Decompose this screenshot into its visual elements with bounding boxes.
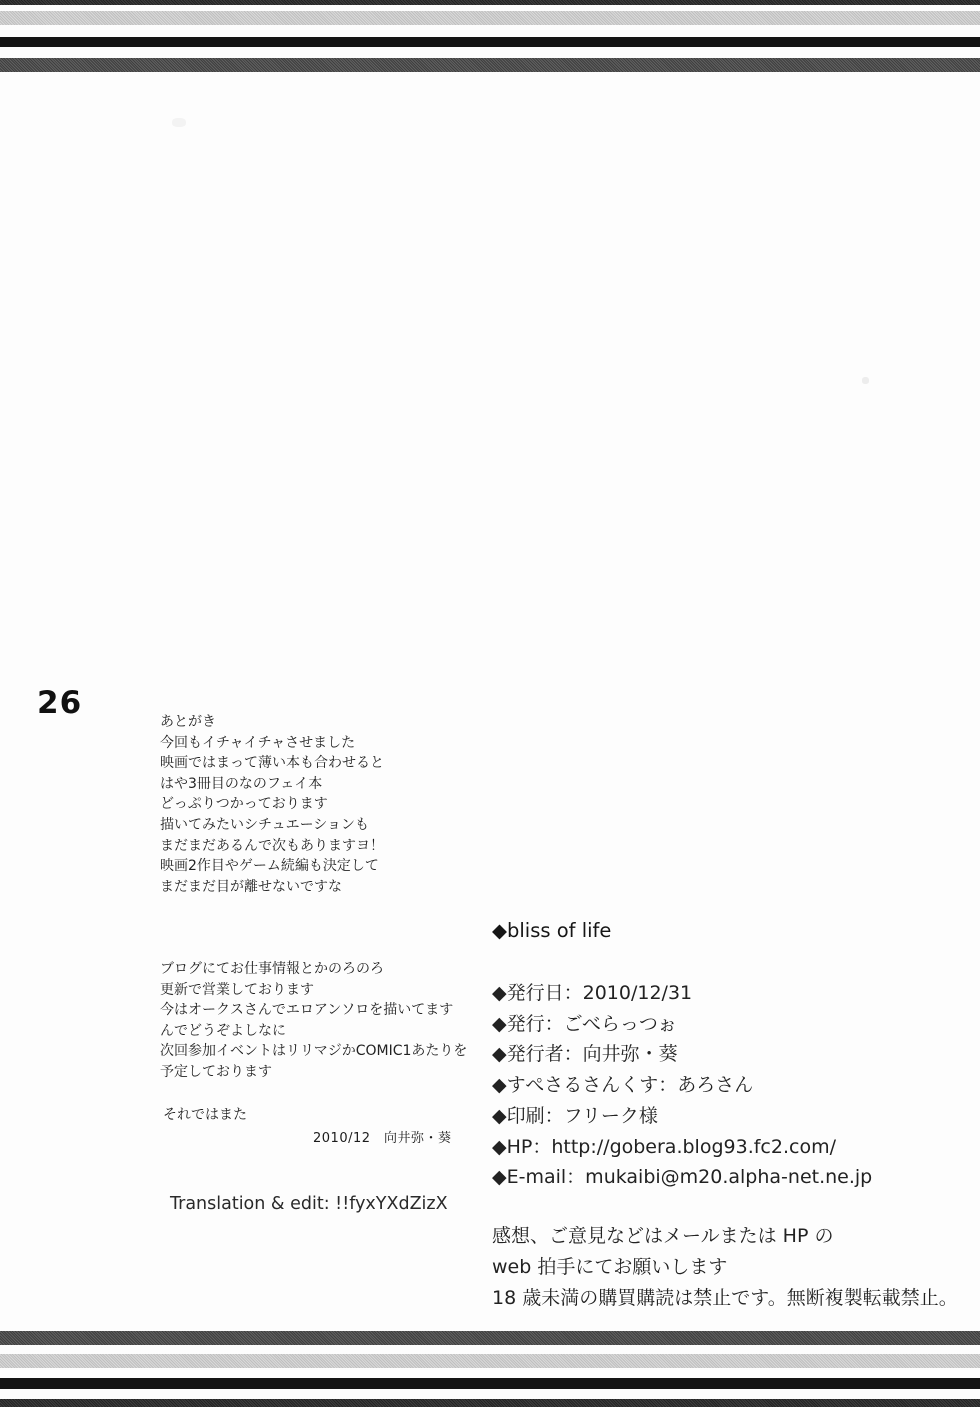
news-line: ブログにてお仕事情報とかのろのろ (160, 959, 467, 980)
credits-list: ◆発行日：2010/12/31 ◆発行：ごべらっつぉ ◆発行者：向井弥・葵 ◆す… (492, 978, 872, 1193)
scan-speck (172, 118, 186, 127)
top-border-dark-stripe (0, 58, 980, 72)
afterword-line: あとがき (160, 712, 384, 733)
footer-notice-line: 感想、ご意見などはメールまたは HP の (492, 1221, 958, 1252)
credit-printer: ◆印刷：フリーク様 (492, 1101, 872, 1132)
afterword-line: はや3冊目のなのフェイ本 (160, 774, 384, 795)
book-title: ◆bliss of life (492, 919, 611, 942)
bottom-border-light-stripe (0, 1354, 980, 1368)
afterword-line: 描いてみたいシチュエーションも (160, 815, 384, 836)
page-number: 26 (37, 685, 82, 721)
credit-email: ◆E-mail：mukaibi@m20.alpha-net.ne.jp (492, 1162, 872, 1193)
news-line: 更新で営業しております (160, 980, 467, 1001)
closing-line: それではまた (163, 1104, 247, 1124)
afterword-line: 映画ではまって薄い本も合わせると (160, 753, 384, 774)
credit-homepage-url: ◆HP：http://gobera.blog93.fc2.com/ (492, 1132, 872, 1163)
afterword-line: どっぷりつかっております (160, 794, 384, 815)
credit-circle: ◆発行：ごべらっつぉ (492, 1009, 872, 1040)
credit-special-thanks: ◆すぺさるさんくす：あろさん (492, 1070, 872, 1101)
news-text-block: ブログにてお仕事情報とかのろのろ 更新で営業しております 今はオークスさんでエロ… (160, 959, 467, 1083)
scan-speck (862, 377, 869, 384)
scanned-afterword-page: 26 あとがき 今回もイチャイチャさせました 映画ではまって薄い本も合わせると … (0, 0, 980, 1407)
bottom-border-black-stripe (0, 1378, 980, 1389)
translation-credit: Translation & edit: !!fyxYXdZizX (170, 1194, 448, 1214)
footer-notice: 感想、ご意見などはメールまたは HP の web 拍手にてお願いします 18 歳… (492, 1221, 958, 1314)
top-border-edge-stripe (0, 0, 980, 5)
top-border-light-stripe (0, 11, 980, 25)
news-line: んでどうぞよしなに (160, 1021, 467, 1042)
news-line: 今はオークスさんでエロアンソロを描いてます (160, 1000, 467, 1021)
credit-publish-date: ◆発行日：2010/12/31 (492, 978, 872, 1009)
bottom-border-dark-stripe (0, 1331, 980, 1345)
afterword-text-block: あとがき 今回もイチャイチャさせました 映画ではまって薄い本も合わせると はや3… (160, 712, 384, 897)
bottom-border-edge-stripe (0, 1399, 980, 1407)
top-border-black-stripe (0, 37, 980, 47)
afterword-line: まだまだあるんで次もありますヨ！ (160, 836, 384, 857)
afterword-line: 今回もイチャイチャさせました (160, 733, 384, 754)
footer-notice-line: 18 歳未満の購買購読は禁止です。無断複製転載禁止。 (492, 1283, 958, 1314)
afterword-line: 映画2作目やゲーム続編も決定して (160, 856, 384, 877)
news-line: 予定しております (160, 1062, 467, 1083)
author-signature: 2010/12 向井弥・葵 (313, 1127, 452, 1146)
afterword-line: まだまだ目が離せないですな (160, 877, 384, 898)
news-line: 次回参加イベントはリリマジかCOMIC1あたりを (160, 1041, 467, 1062)
footer-notice-line: web 拍手にてお願いします (492, 1252, 958, 1283)
credit-publisher: ◆発行者：向井弥・葵 (492, 1039, 872, 1070)
